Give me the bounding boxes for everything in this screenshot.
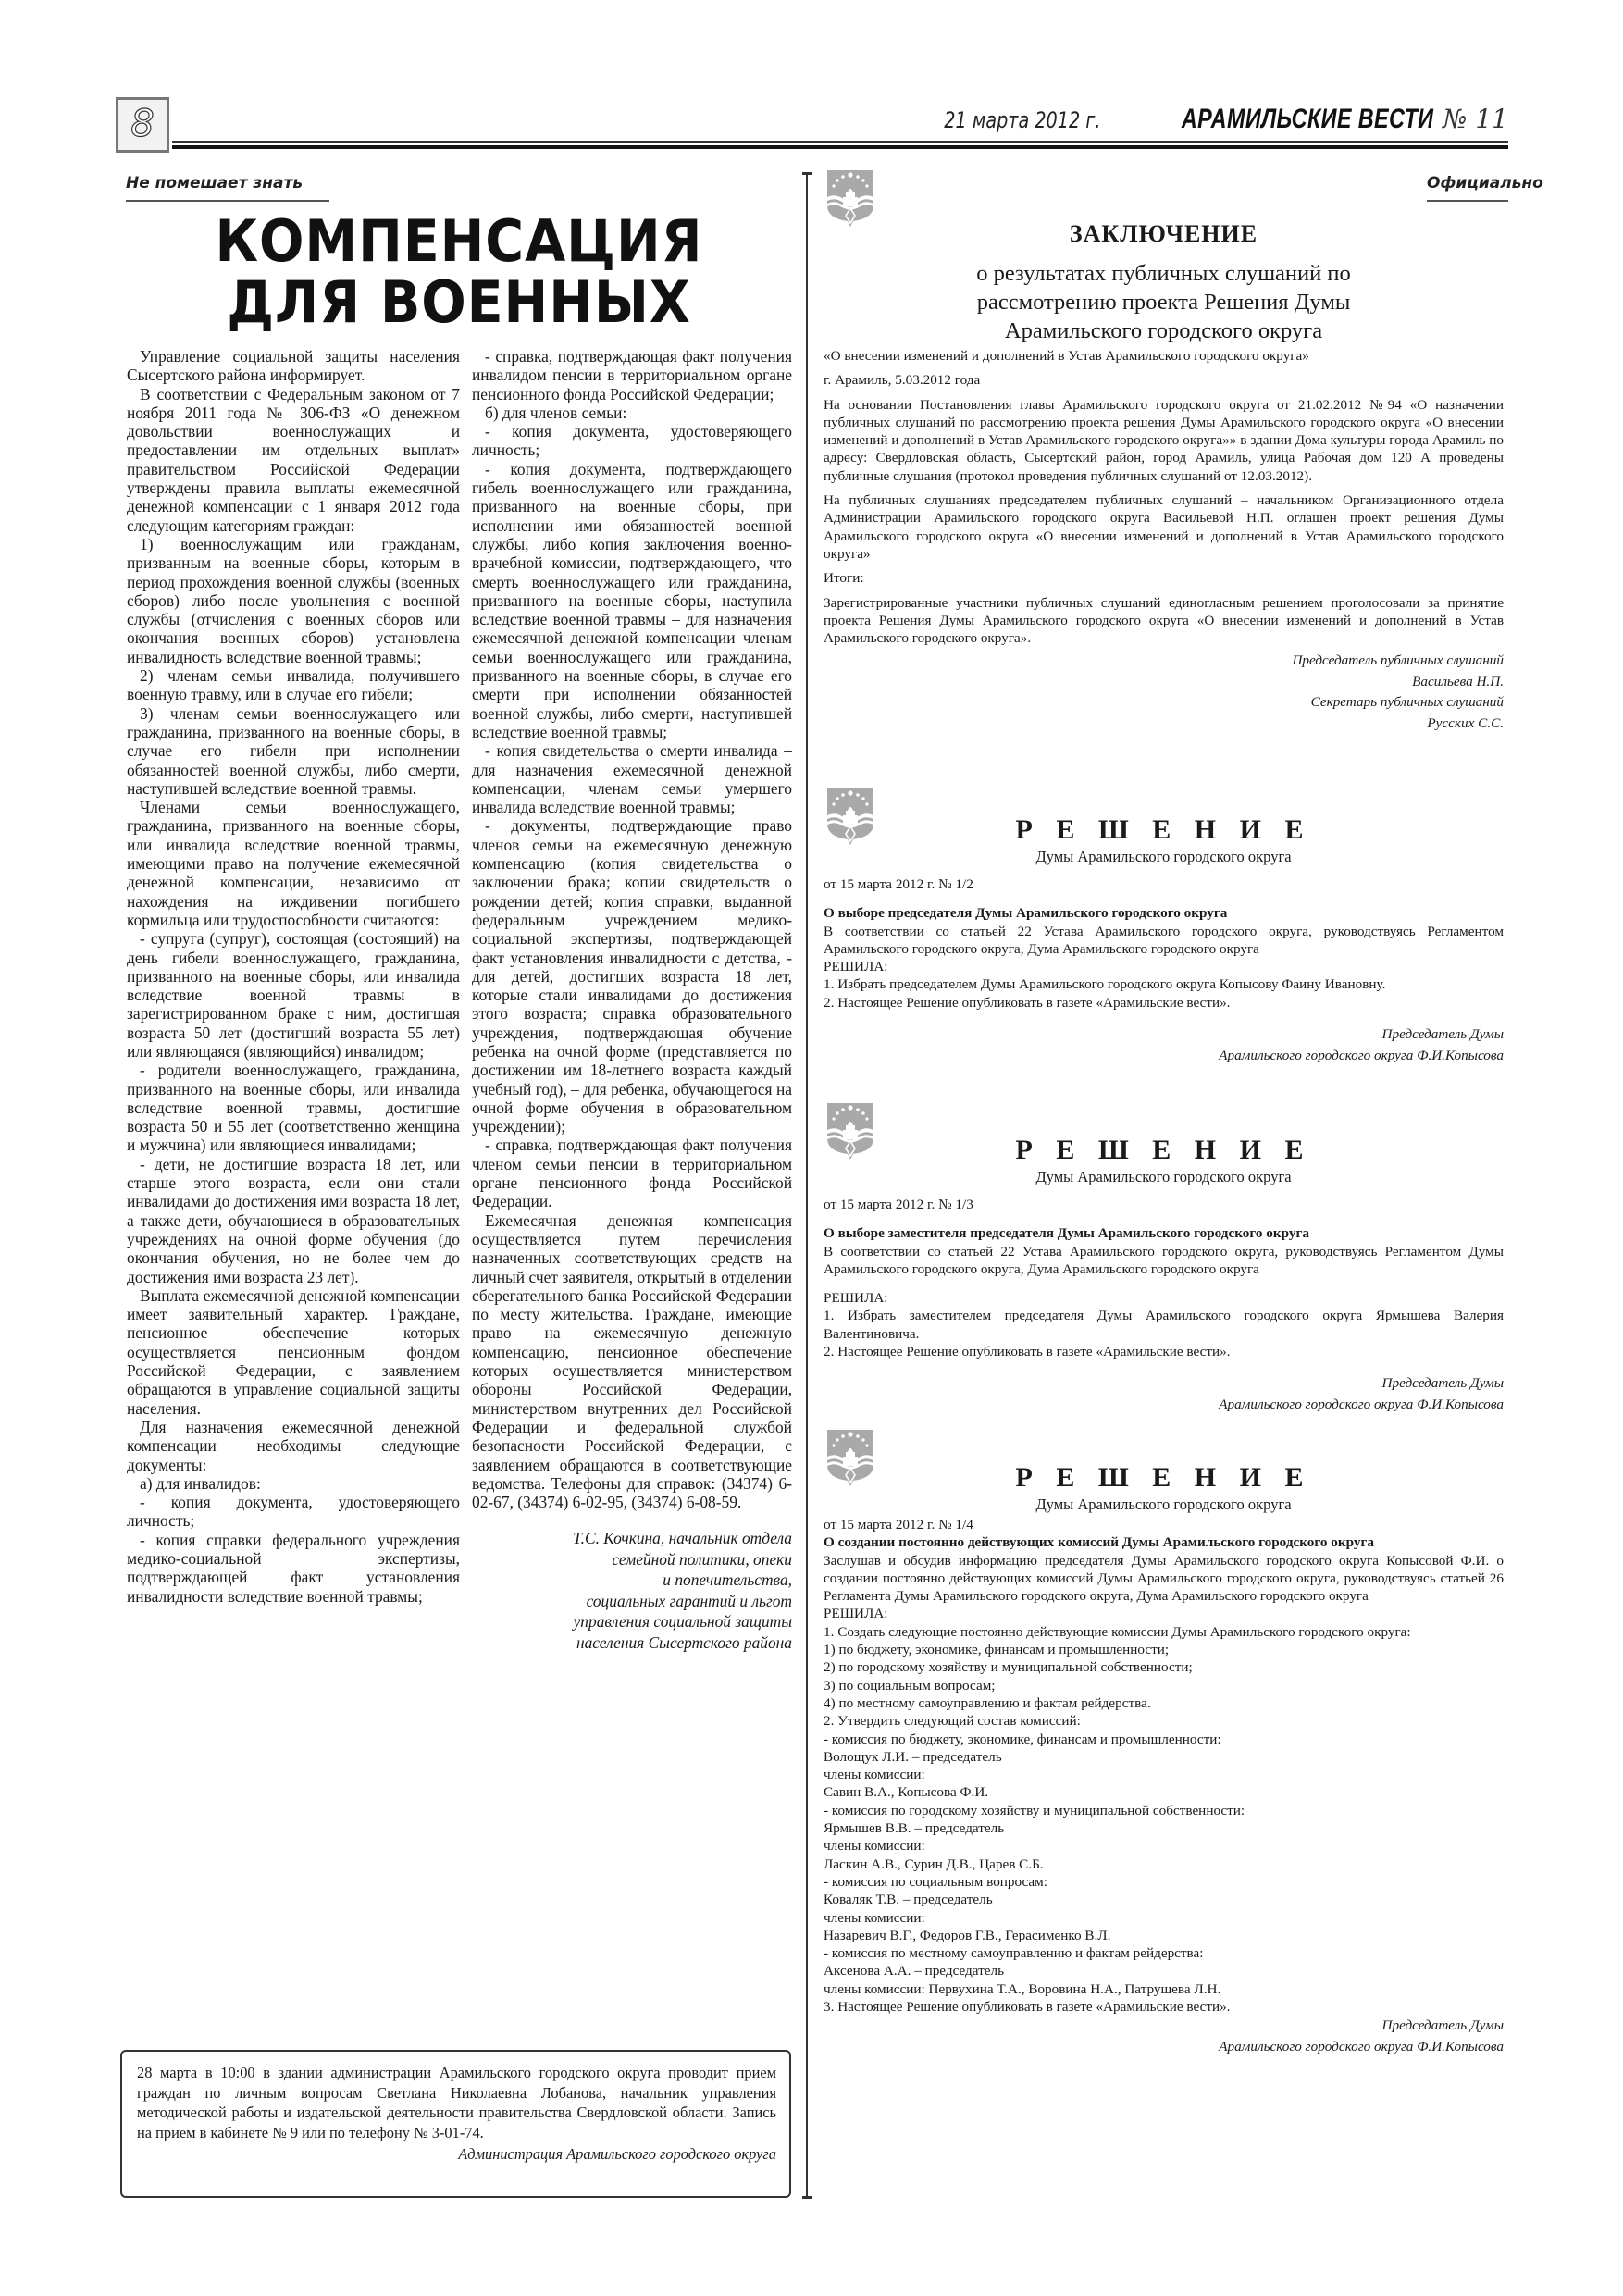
subtitle-line: Арамильского городского округа bbox=[824, 316, 1504, 345]
resolved-label: РЕШИЛА: bbox=[824, 1289, 1504, 1307]
decision-preamble: В соответствии со статьей 22 Устава Арам… bbox=[824, 1243, 1504, 1279]
signature-line: управления социальной защиты bbox=[472, 1611, 792, 1632]
decision-item: Волощук Л.И. – председатель bbox=[824, 1748, 1504, 1766]
issue-number: № 11 bbox=[1443, 104, 1508, 134]
paragraph: В соответствии с Федеральным законом от … bbox=[127, 385, 460, 535]
decision-item: Коваляк Т.В. – председатель bbox=[824, 1891, 1504, 1908]
decision-item: 2. Настоящее Решение опубликовать в газе… bbox=[824, 994, 1504, 1011]
paragraph: 3) членам семьи военнослужащего или граж… bbox=[127, 704, 460, 798]
decision-item: 1. Создать следующие постоянно действующ… bbox=[824, 1623, 1504, 1641]
decision-item: Назаревич В.Г., Федоров Г.В., Герасименк… bbox=[824, 1927, 1504, 1944]
decision-subtitle: Думы Арамильского городского округа bbox=[824, 848, 1504, 866]
paragraph: 1) военнослужащим или гражданам, призван… bbox=[127, 535, 460, 666]
signature-line: Т.С. Кочкина, начальник отдела bbox=[472, 1528, 792, 1549]
paragraph: Выплата ежемесячной денежной компенсации… bbox=[127, 1286, 460, 1418]
conclusion-title: ЗАКЛЮЧЕНИЕ bbox=[824, 220, 1504, 248]
decision-preamble: В соответствии со статьей 22 Устава Арам… bbox=[824, 923, 1504, 959]
article-column-1: Управление социальной защиты населения С… bbox=[127, 347, 460, 1606]
header-rule bbox=[172, 141, 1508, 143]
paragraph: - копия свидетельства о смерти инвалида … bbox=[472, 741, 792, 816]
paragraph: - копия документа, удостоверяющего лично… bbox=[127, 1493, 460, 1531]
decision-item: - комиссия по городскому хозяйству и мун… bbox=[824, 1802, 1504, 1819]
subtitle-line: о результатах публичных слушаний по bbox=[824, 259, 1504, 288]
masthead: 21 марта 2012 г. АРАМИЛЬСКИЕ ВЕСТИ № 11 bbox=[905, 104, 1508, 135]
paragraph: - справка, подтверждающая факт получения… bbox=[472, 1136, 792, 1210]
paragraph: На публичных слушаниях председателем пуб… bbox=[824, 491, 1504, 563]
decision-item: члены комиссии: bbox=[824, 1837, 1504, 1855]
paragraph: - документы, подтверждающие право членов… bbox=[472, 816, 792, 1136]
decision-1-3: Р Е Ш Е Н И Е Думы Арамильского городско… bbox=[824, 1135, 1504, 1415]
place-date: г. Арамиль, 5.03.2012 года bbox=[824, 371, 1504, 389]
paragraph: - копия документа, подтверждающего гибел… bbox=[472, 460, 792, 741]
decision-item: члены комиссии: bbox=[824, 1766, 1504, 1783]
decision-subtitle: Думы Арамильского городского округа bbox=[824, 1168, 1504, 1186]
coat-of-arms-icon bbox=[825, 168, 875, 228]
signature-line: Председатель Думы bbox=[824, 2016, 1504, 2037]
paragraph: - копия справки федерального учреждения … bbox=[127, 1531, 460, 1606]
signature-line: Арамильского городского округа Ф.И.Копыс… bbox=[824, 1395, 1504, 1416]
decision-signature: Председатель Думы Арамильского городског… bbox=[824, 1373, 1504, 1415]
decision-item: 1) по бюджету, экономике, финансам и про… bbox=[824, 1641, 1504, 1658]
newspaper-title: АРАМИЛЬСКИЕ ВЕСТИ bbox=[1181, 104, 1433, 135]
decision-1-4: Р Е Ш Е Н И Е Думы Арамильского городско… bbox=[824, 1462, 1504, 2057]
decision-item: 2. Настоящее Решение опубликовать в газе… bbox=[824, 1343, 1504, 1360]
paragraph: Зарегистрированные участники публичных с… bbox=[824, 594, 1504, 648]
notice-signature: Администрация Арамильского городского ок… bbox=[137, 2144, 776, 2165]
decision-item: 3. Настоящее Решение опубликовать в газе… bbox=[824, 1998, 1504, 2016]
decision-signature: Председатель Думы Арамильского городског… bbox=[824, 1024, 1504, 1066]
results-label: Итоги: bbox=[824, 569, 1504, 587]
decision-signature: Председатель Думы Арамильского городског… bbox=[824, 2016, 1504, 2057]
decision-number: от 15 марта 2012 г. № 1/2 bbox=[824, 875, 1504, 893]
page-number: 8 bbox=[116, 97, 169, 153]
signature-line: и попечительства, bbox=[472, 1570, 792, 1591]
signature-line: Председатель публичных слушаний bbox=[824, 651, 1504, 672]
resolved-label: РЕШИЛА: bbox=[824, 958, 1504, 975]
paragraph: - копия документа, удостоверяющего лично… bbox=[472, 422, 792, 460]
article-column-2: - справка, подтверждающая факт получения… bbox=[472, 347, 792, 1653]
paragraph: - дети, не достигшие возраста 18 лет, ил… bbox=[127, 1155, 460, 1286]
headline-line-1: КОМПЕНСАЦИЯ bbox=[153, 211, 765, 272]
paragraph: - родители военнослужащего, гражданина, … bbox=[127, 1061, 460, 1154]
decision-1-2: Р Е Ш Е Н И Е Думы Арамильского городско… bbox=[824, 814, 1504, 1066]
paragraph: На основании Постановления главы Арамиль… bbox=[824, 396, 1504, 485]
decision-item: 1. Избрать председателем Думы Арамильско… bbox=[824, 975, 1504, 993]
decision-number: от 15 марта 2012 г. № 1/4 bbox=[824, 1516, 1504, 1533]
signature-line: Председатель Думы bbox=[824, 1373, 1504, 1395]
subtitle-line: рассмотрению проекта Решения Думы bbox=[824, 288, 1504, 316]
signature-line: Русских С.С. bbox=[824, 714, 1504, 735]
decision-heading: О выборе председателя Думы Арамильского … bbox=[824, 904, 1504, 922]
paragraph: - супруга (супруг), состоящая (состоящий… bbox=[127, 929, 460, 1061]
decision-item: Савин В.А., Копысова Ф.И. bbox=[824, 1783, 1504, 1801]
decision-item: Ласкин А.В., Сурин Д.В., Царев С.Б. bbox=[824, 1855, 1504, 1873]
conclusion-signatures: Председатель публичных слушаний Васильев… bbox=[824, 651, 1504, 734]
decision-item: Ярмышев В.В. – председатель bbox=[824, 1819, 1504, 1837]
signature-line: населения Сысертского района bbox=[472, 1632, 792, 1654]
decision-item: 3) по социальным вопросам; bbox=[824, 1677, 1504, 1694]
decision-preamble: Заслушав и обсудив информацию председате… bbox=[824, 1552, 1504, 1606]
rubric-right: Официально bbox=[1427, 174, 1508, 202]
paragraph: Управление социальной защиты населения С… bbox=[127, 347, 460, 385]
decision-item: члены комиссии: bbox=[824, 1909, 1504, 1927]
signature-line: Секретарь публичных слушаний bbox=[824, 692, 1504, 714]
rubric-left: Не помешает знать bbox=[126, 174, 329, 202]
paragraph: Ежемесячная денежная компенсация осущест… bbox=[472, 1211, 792, 1512]
signature-line: Арамильского городского округа Ф.И.Копыс… bbox=[824, 1046, 1504, 1067]
notice-text: 28 марта в 10:00 в здании администрации … bbox=[137, 2063, 776, 2142]
decision-heading: О выборе заместителя председателя Думы А… bbox=[824, 1224, 1504, 1242]
header-rule-thick bbox=[172, 145, 1508, 149]
signature-line: Васильева Н.П. bbox=[824, 672, 1504, 693]
decision-title: Р Е Ш Е Н И Е bbox=[824, 1135, 1504, 1166]
decision-item: - комиссия по бюджету, экономике, финанс… bbox=[824, 1731, 1504, 1748]
decision-item: 4) по местному самоуправлению и фактам р… bbox=[824, 1694, 1504, 1712]
decision-title: Р Е Ш Е Н И Е bbox=[824, 814, 1504, 846]
decision-title: Р Е Ш Е Н И Е bbox=[824, 1462, 1504, 1494]
decision-item: 2) по городскому хозяйству и муниципальн… bbox=[824, 1658, 1504, 1676]
decision-item: члены комиссии: Первухина Т.А., Воровина… bbox=[824, 1980, 1504, 1998]
signature-line: Арамильского городского округа Ф.И.Копыс… bbox=[824, 2037, 1504, 2058]
decision-item: 1. Избрать заместителем председателя Дум… bbox=[824, 1307, 1504, 1343]
resolved-label: РЕШИЛА: bbox=[824, 1605, 1504, 1622]
article-headline: КОМПЕНСАЦИЯ ДЛЯ ВОЕННЫХ bbox=[153, 211, 765, 333]
signature-line: семейной политики, опеки bbox=[472, 1549, 792, 1570]
paragraph: 2) членам семьи инвалида, получившего во… bbox=[127, 666, 460, 704]
column-divider bbox=[806, 172, 808, 2199]
paragraph: б) для членов семьи: bbox=[472, 403, 792, 422]
paragraph: а) для инвалидов: bbox=[127, 1474, 460, 1493]
conclusion-quote: «О внесении изменений и дополнений в Уст… bbox=[824, 347, 1504, 365]
decision-subtitle: Думы Арамильского городского округа bbox=[824, 1496, 1504, 1514]
decision-item: - комиссия по местному самоуправлению и … bbox=[824, 1944, 1504, 1962]
signature-line: социальных гарантий и льгот bbox=[472, 1591, 792, 1612]
notice-box: 28 марта в 10:00 в здании администрации … bbox=[120, 2050, 791, 2198]
decision-heading: О создании постоянно действующих комисси… bbox=[824, 1533, 1504, 1551]
conclusion-section: ЗАКЛЮЧЕНИЕ о результатах публичных слуша… bbox=[824, 220, 1504, 734]
decision-number: от 15 марта 2012 г. № 1/3 bbox=[824, 1196, 1504, 1213]
headline-line-2: ДЛЯ ВОЕННЫХ bbox=[153, 272, 765, 333]
paragraph: Для назначения ежемесячной денежной комп… bbox=[127, 1418, 460, 1474]
conclusion-subtitle: о результатах публичных слушаний по расс… bbox=[824, 259, 1504, 345]
article-signature: Т.С. Кочкина, начальник отдела семейной … bbox=[472, 1528, 792, 1653]
decision-item: 2. Утвердить следующий состав комиссий: bbox=[824, 1712, 1504, 1730]
signature-line: Председатель Думы bbox=[824, 1024, 1504, 1046]
decision-item: - комиссия по социальным вопросам: bbox=[824, 1873, 1504, 1891]
paragraph: Членами семьи военнослужащего, гражданин… bbox=[127, 798, 460, 929]
decision-item: Аксенова А.А. – председатель bbox=[824, 1962, 1504, 1980]
paragraph: - справка, подтверждающая факт получения… bbox=[472, 347, 792, 403]
issue-date: 21 марта 2012 г. bbox=[944, 107, 1100, 133]
